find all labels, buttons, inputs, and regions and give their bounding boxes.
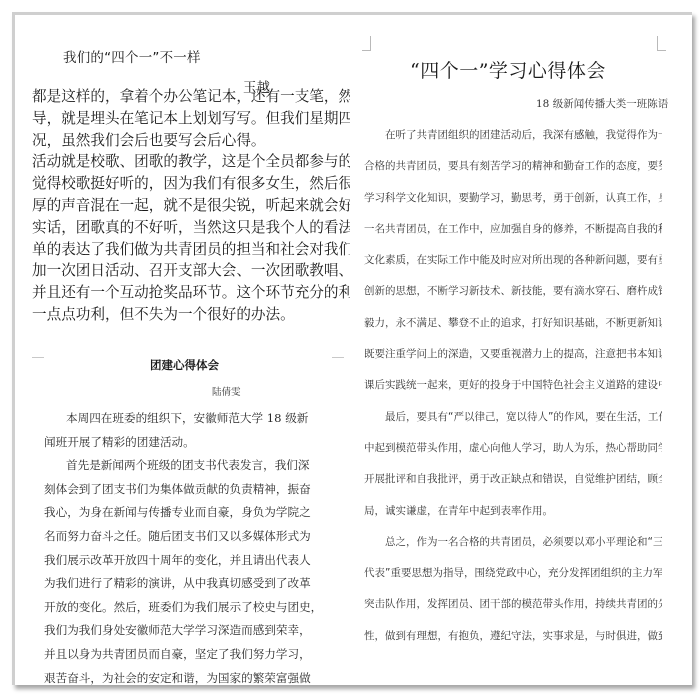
text-line: 课后实践统一起来，更好的投身于中国特色社会主义道路的建设中去。 bbox=[364, 370, 662, 401]
text-line: 一点点功利，但不失为一个很好的办法。 bbox=[32, 304, 350, 326]
text-line: 总之，作为一名合格的共青团员，必须要以邓小平理论和“三个 bbox=[364, 527, 662, 558]
text-line: 开放的变化。然后，班委们为我们展示了校史与团史， bbox=[44, 596, 336, 620]
text-line: 文化素质，在实际工作中能及时应对所出现的各种新问题，要有勇于 bbox=[364, 245, 662, 276]
text-line: 突击队作用，发挥团员、团干部的模范带头作用，持续共青团的先进 bbox=[364, 589, 662, 620]
text-line: 单的表达了我们做为共青团员的担当和社会对我们的 bbox=[32, 239, 350, 261]
text-line: 导，就是埋头在笔记本上划划写写。但我们星期四晚 bbox=[32, 108, 350, 130]
text-line: 并且还有一个互动抢奖品环节。这个环节充分的利用 bbox=[32, 282, 350, 304]
text-line: 代表”重要思想为指导，围绕党政中心，充分发挥团组织的主力军和 bbox=[364, 558, 662, 589]
text-line: 合格的共青团员，要具有刻苦学习的精神和勤奋工作的态度，要努力 bbox=[364, 151, 662, 182]
text-line: 名而努力奋斗之任。随后团支书们又以多媒体形式为 bbox=[44, 525, 336, 549]
text-line: 局，诚实谦虚，在青年中起到表率作用。 bbox=[364, 496, 662, 527]
text-line: 加一次团日活动、召开支部大会、一次团歌教唱、一 bbox=[32, 260, 350, 282]
page-corner-mark bbox=[362, 36, 371, 51]
text-line: 我心，为身在新闻与传播专业而自豪，身负为学院之 bbox=[44, 501, 336, 525]
document-title: “四个一”学习心得体会 bbox=[410, 56, 606, 83]
document-author: 18 级新闻传播大类一班陈语 bbox=[536, 96, 668, 111]
text-line: 我们为我们身处安徽师范大学学习深造而感到荣幸， bbox=[44, 619, 336, 643]
text-line: 性，做到有理想，有抱负，遵纪守法，实事求是，与时俱进，做到能 bbox=[364, 621, 662, 652]
text-line: 毅力，永不满足、攀登不止的追求，打好知识基础，不断更新知识， bbox=[364, 308, 662, 339]
text-line: 中起到模范带头作用，虚心向他人学习，助人为乐，热心帮助同学， bbox=[364, 433, 662, 464]
text-line: 实话，团歌真的不好听，当然这只是我个人的看法。 bbox=[32, 217, 350, 239]
text-line: 在听了共青团组织的团建活动后，我深有感触，我觉得作为一名 bbox=[364, 120, 662, 151]
text-line: 厚的声音混在一起，就不是很尖锐，听起来就会好舒 bbox=[32, 195, 350, 217]
text-line: 开展批评和自我批评，勇于改正缺点和错误，自觉维护团结，顾全大 bbox=[364, 464, 662, 495]
text-line: 活动就是校歌、团歌的教学，这是个全员都参与的活 bbox=[32, 151, 350, 173]
text-line: 我们展示改革开放四十周年的变化，并且请出代表人 bbox=[44, 549, 336, 573]
text-line: 首先是新闻两个班级的团支书代表发言，我们深 bbox=[44, 454, 336, 478]
text-line: 觉得校歌挺好听的，因为我们有很多女生，然后很多 bbox=[32, 173, 350, 195]
text-line: 一名共青团员，在工作中，应加强自身的修养，不断提高自我的科学 bbox=[364, 214, 662, 245]
document-author: 陆倩雯 bbox=[212, 384, 241, 398]
document-body: 都是这样的，拿着个办公笔记本，还有一支笔，然后 导，就是埋头在笔记本上划划写写。… bbox=[32, 86, 352, 326]
text-line: 学习科学文化知识，要勤学习，勤思考，勇于创新，认真工作，身为 bbox=[364, 183, 662, 214]
text-line: 为我们进行了精彩的演讲，从中我真切感受到了改革 bbox=[44, 572, 336, 596]
text-line: 最后，要具有“严以律己，宽以待人”的作风，要在生活，工作 bbox=[364, 402, 662, 433]
page-corner-mark bbox=[657, 36, 666, 51]
text-line: 都是这样的，拿着个办公笔记本，还有一支笔，然后 bbox=[32, 86, 350, 108]
text-line: 刻体会到了团支书们为集体做贡献的负责精神，振奋 bbox=[44, 478, 336, 502]
document-body: 在听了共青团组织的团建活动后，我深有感触，我觉得作为一名 合格的共青团员，要具有… bbox=[364, 120, 664, 652]
page-margin-mark bbox=[332, 357, 344, 358]
page-margin-mark bbox=[32, 357, 44, 358]
text-line: 闻班开展了精彩的团建活动。 bbox=[44, 431, 336, 455]
document-title: 我们的“四个一”不一样 bbox=[63, 46, 201, 66]
document-body: 本周四在班委的组织下，安徽师范大学 18 级新 闻班开展了精彩的团建活动。 首先… bbox=[44, 407, 334, 690]
text-line: 既要注重学问上的深造，又要重视潜力上的提高，注意把书本知识与 bbox=[364, 339, 662, 370]
text-line: 并且以身为共青团员而自豪，坚定了我们努力学习， bbox=[44, 643, 336, 667]
text-line: 本周四在班委的组织下，安徽师范大学 18 级新 bbox=[44, 407, 336, 431]
text-line: 创新的思想，不断学习新技术、新技能，要有滴水穿石、磨杵成针的 bbox=[364, 276, 662, 307]
text-line: 况，虽然我们会后也要写会后心得。 bbox=[32, 130, 350, 152]
text-line: 艰苦奋斗，为社会的安定和谐，为国家的繁荣富强做 bbox=[44, 667, 336, 691]
document-title: 团建心得体会 bbox=[150, 357, 219, 373]
